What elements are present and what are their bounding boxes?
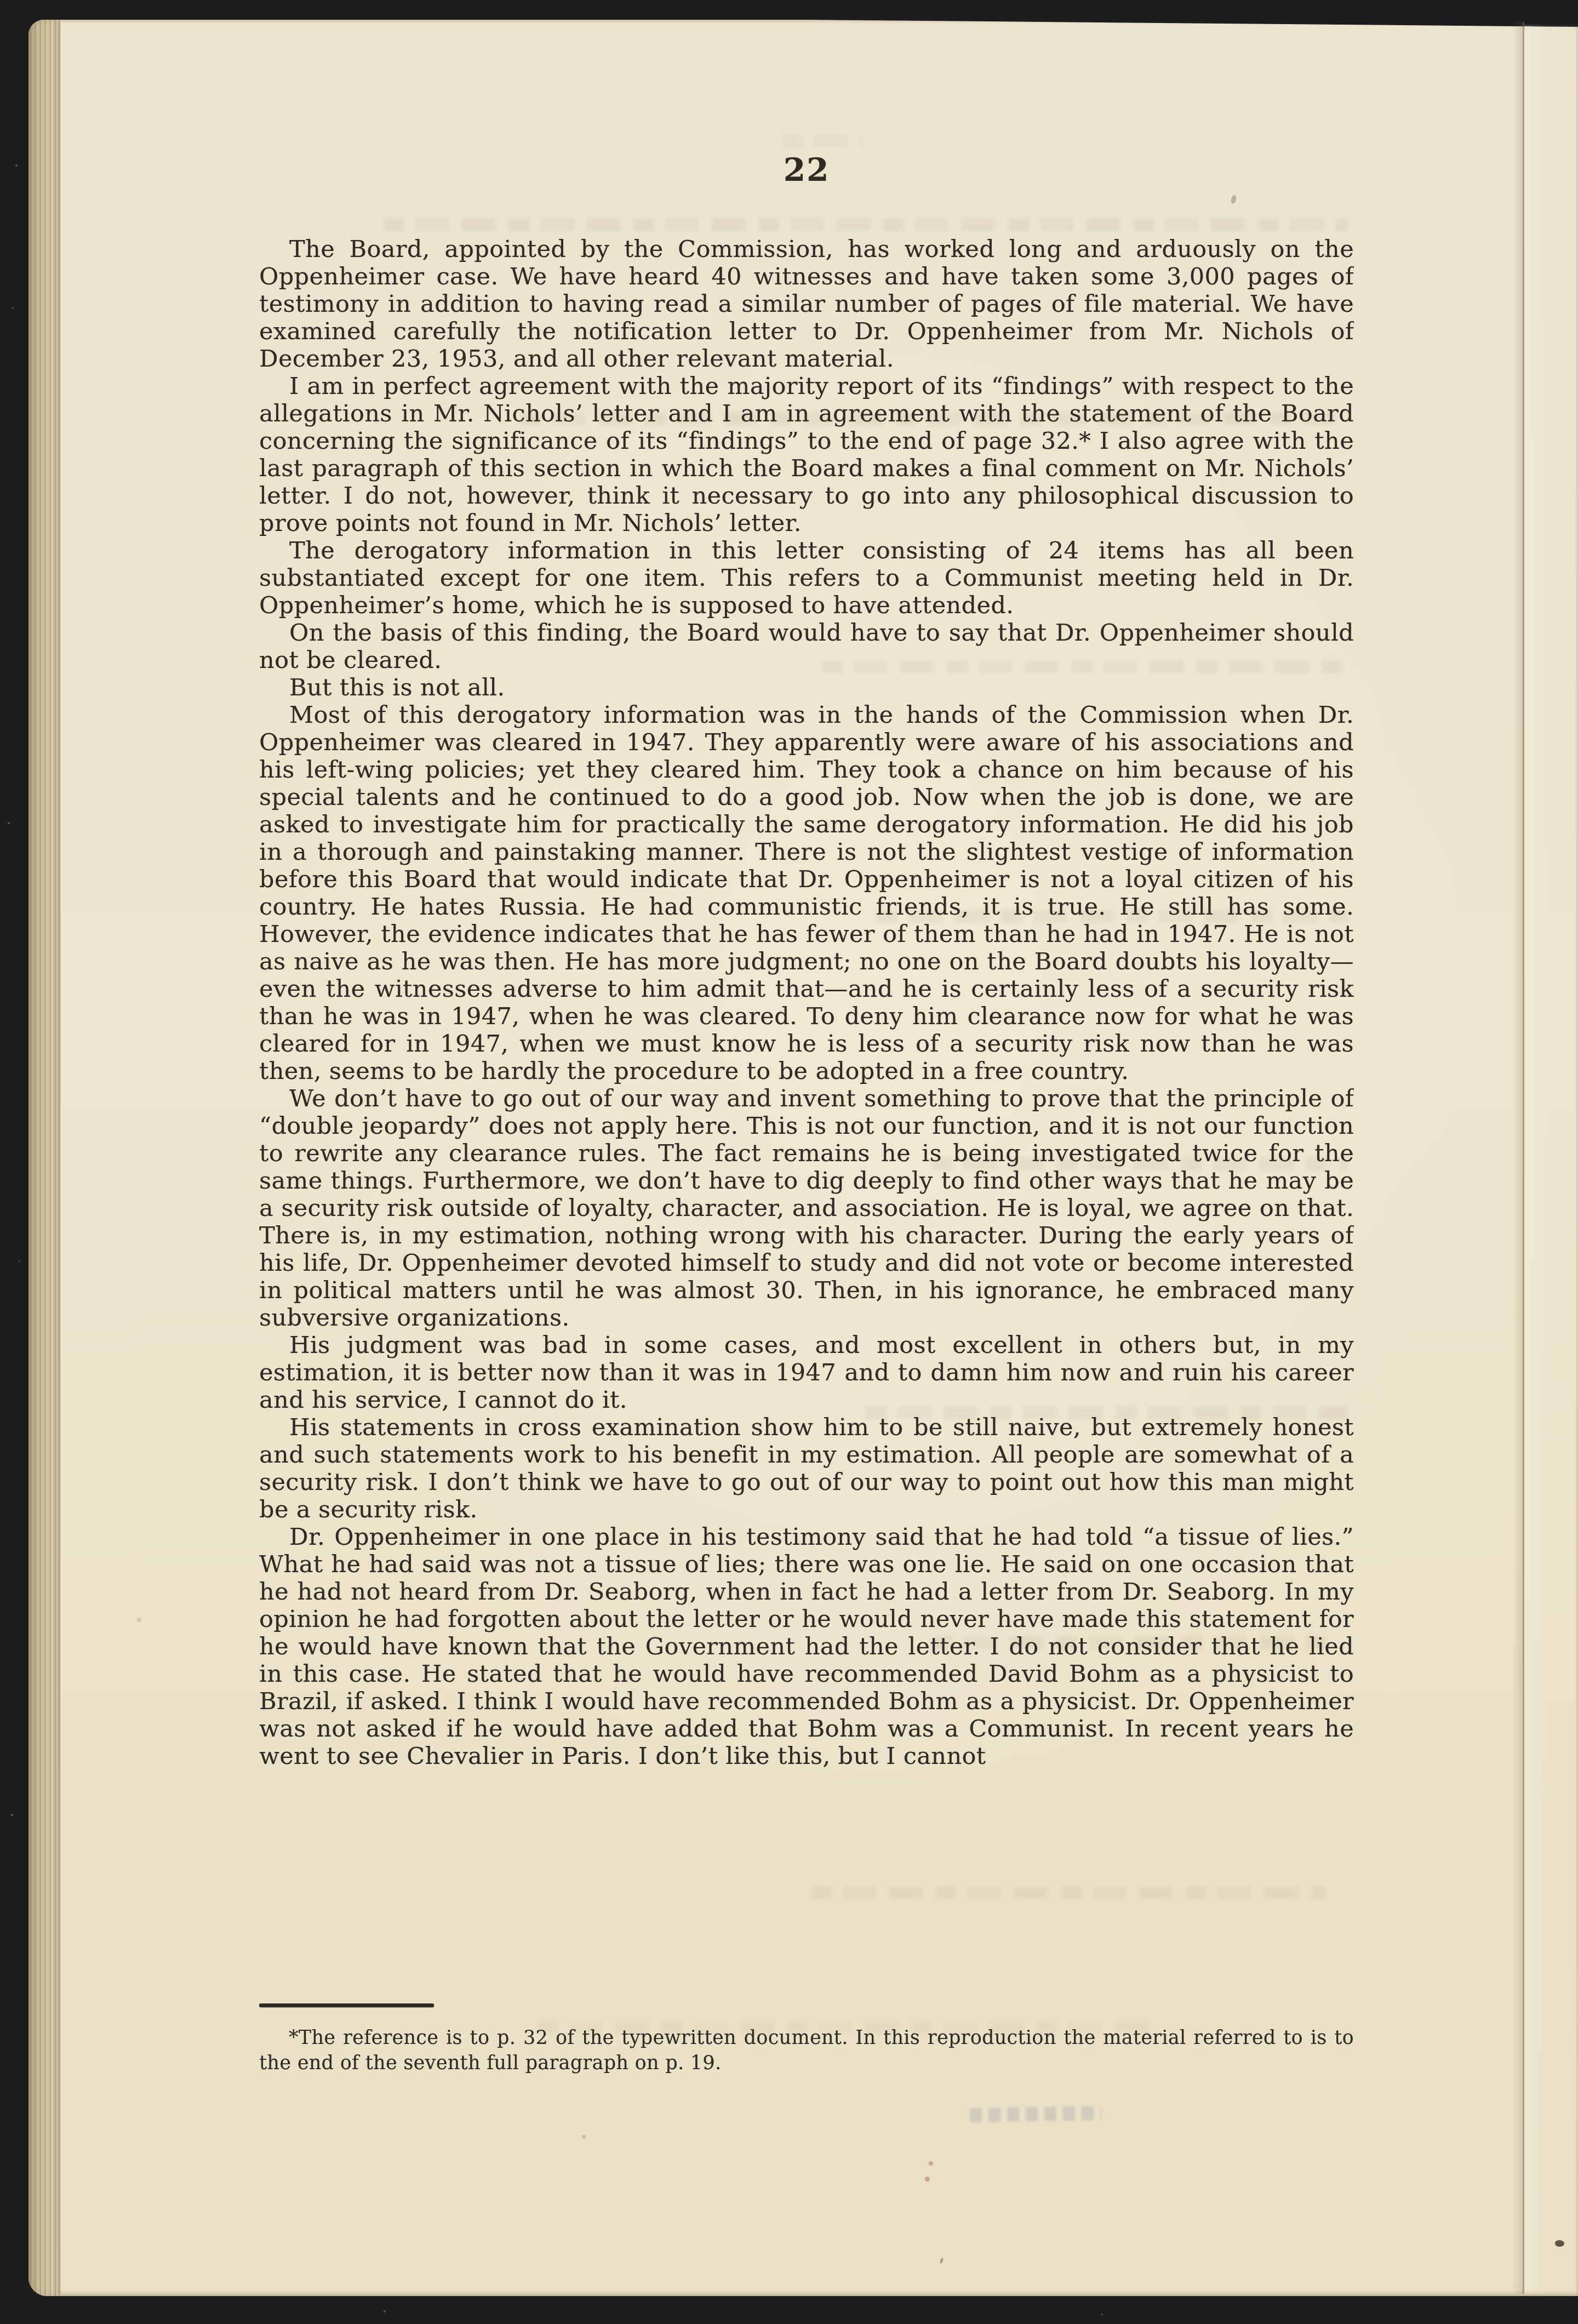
- dust-speck: [19, 1260, 20, 1262]
- paper-blemish: [582, 2135, 586, 2139]
- dust-speck: [12, 307, 14, 309]
- paper-blemish: [929, 2161, 933, 2166]
- dust-speck: [8, 822, 10, 824]
- footnote: *The reference is to p. 32 of the typewr…: [259, 2025, 1354, 2076]
- dust-speck: [11, 1814, 13, 1816]
- paper-blemish: [137, 1618, 141, 1622]
- adjacent-page-sliver: [1524, 25, 1578, 2294]
- paragraph: We don’t have to go out of our way and i…: [259, 1085, 1354, 1332]
- book-page-edge-stack: [28, 20, 60, 2296]
- paragraph: I am in perfect agreement with the major…: [259, 373, 1354, 537]
- show-through-line: [384, 218, 1348, 231]
- paragraph: The Board, appointed by the Commission, …: [259, 236, 1354, 373]
- scanned-book-page: 22 The Board, appointed by the Commissio…: [0, 0, 1578, 2324]
- paragraph: His judgment was bad in some cases, and …: [259, 1332, 1354, 1414]
- dust-speck: [384, 2310, 386, 2312]
- paragraph: Dr. Oppenheimer in one place in his test…: [259, 1523, 1354, 1770]
- show-through-line: [782, 135, 862, 148]
- page-crease-shadow: [1512, 22, 1523, 2294]
- dust-speck: [15, 164, 18, 167]
- paragraph: Most of this derogatory information was …: [259, 701, 1354, 1085]
- paragraph: But this is not all.: [259, 674, 1354, 701]
- footnote-rule: [259, 2003, 434, 2007]
- dust-speck: [52, 81, 54, 83]
- paper-blemish: [925, 2177, 930, 2182]
- body-text: The Board, appointed by the Commission, …: [259, 236, 1354, 1997]
- ink-fleck: [1555, 2240, 1564, 2247]
- paragraph: The derogatory information in this lette…: [259, 537, 1354, 619]
- paragraph: On the basis of this finding, the Board …: [259, 619, 1354, 674]
- show-through-print-code: [970, 2106, 1101, 2122]
- dust-speck: [1101, 2314, 1103, 2315]
- paragraph: His statements in cross examination show…: [259, 1414, 1354, 1523]
- page-number: 22: [259, 151, 1354, 189]
